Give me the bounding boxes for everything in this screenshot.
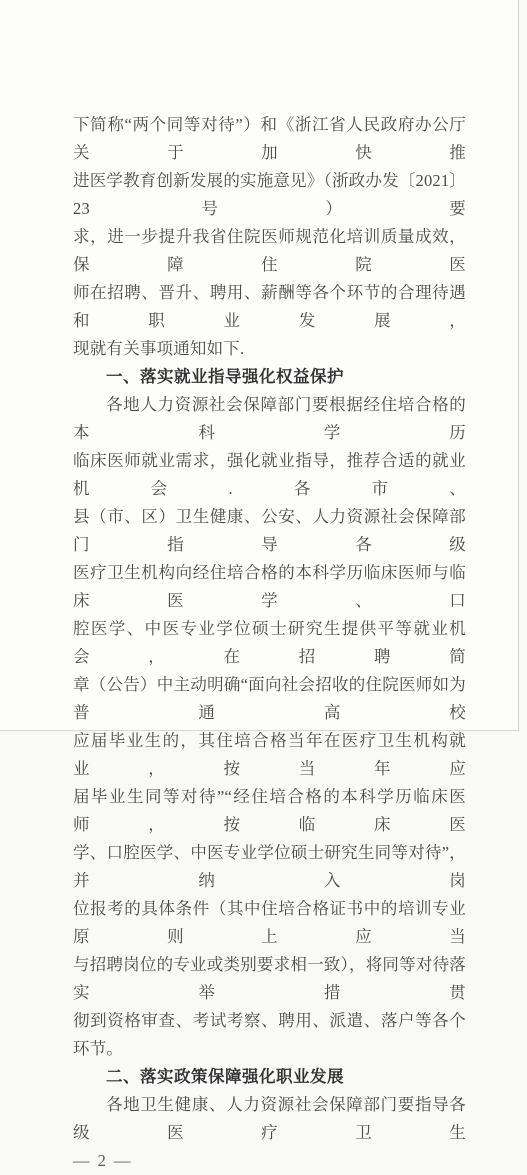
intro-text-line: 现就有关事项通知如下.	[73, 335, 466, 363]
section-1-text-line: 应届毕业生的，其住培合格当年在医疗卫生机构就业，按当年应	[73, 727, 466, 743]
intro-text-line: 进医学教育创新发展的实施意见》（浙政办发〔2021〕23 号）要	[73, 167, 466, 223]
section-1-text-line: 各地人力资源社会保障部门要根据经住培合格的本科学历	[73, 391, 466, 447]
scanned-document-page: 下简称“两个同等对待”）和《浙江省人民政府办公厅关于加快推 进医学教育创新发展的…	[0, 0, 519, 731]
section-1-text-line: 临床医师就业需求，强化就业指导，推荐合适的就业机会.各市、	[73, 447, 466, 503]
document-body: 下简称“两个同等对待”）和《浙江省人民政府办公厅关于加快推 进医学教育创新发展的…	[0, 0, 518, 743]
intro-text-line: 求，进一步提升我省住院医师规范化培训质量成效，保障住院医	[73, 223, 466, 279]
intro-text-line: 师在招聘、晋升、聘用、薪酬等各个环节的合理待遇和职业发展，	[73, 279, 466, 335]
section-1-text-line: 医疗卫生机构向经住培合格的本科学历临床医师与临床医学、口	[73, 559, 466, 615]
section-1-text-line: 腔医学、中医专业学位硕士研究生提供平等就业机会，在招聘简	[73, 615, 466, 671]
section-1-text-line: 章（公告）中主动明确“面向社会招收的住院医师如为普通高校	[73, 671, 466, 727]
section-1-heading: 一、落实就业指导强化权益保护	[73, 363, 466, 391]
section-1-text-line: 县（市、区）卫生健康、公安、人力资源社会保障部门指导各级	[73, 503, 466, 559]
intro-text-line: 下简称“两个同等对待”）和《浙江省人民政府办公厅关于加快推	[73, 111, 466, 167]
